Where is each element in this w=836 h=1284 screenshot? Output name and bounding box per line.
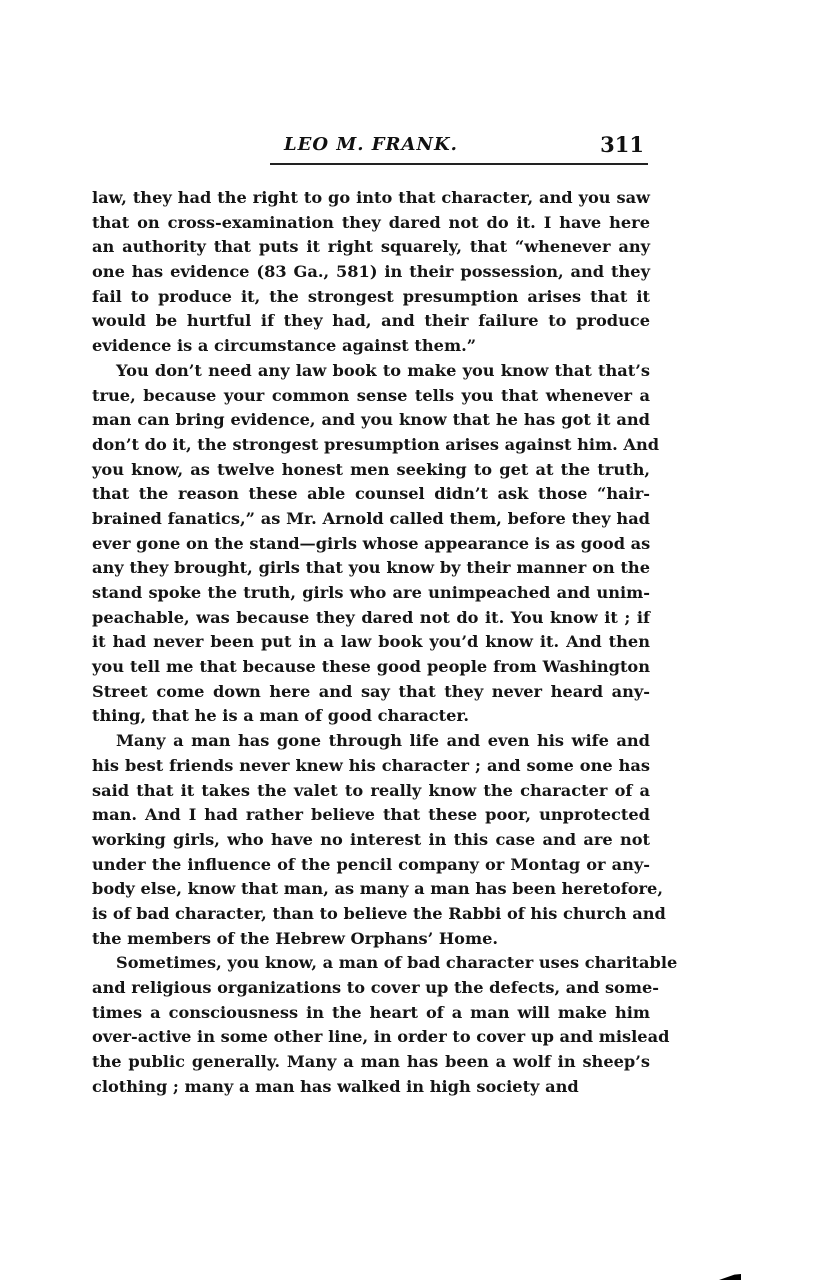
- text-line: You don’t need any law book to make you …: [92, 359, 650, 384]
- paragraph: You don’t need any law book to make you …: [92, 359, 650, 729]
- text-line: thing, that he is a man of good characte…: [92, 704, 650, 729]
- paragraph: Many a man has gone through life and eve…: [92, 729, 650, 951]
- text-line: under the influence of the pencil compan…: [92, 853, 650, 878]
- text-line: an authority that puts it right squarely…: [92, 235, 650, 260]
- text-line: any they brought, girls that you know by…: [92, 556, 650, 581]
- text-line: over-active in some other line, in order…: [92, 1025, 650, 1050]
- text-line: man can bring evidence, and you know tha…: [92, 408, 650, 433]
- text-line: that on cross-examination they dared not…: [92, 211, 650, 236]
- text-line: is of bad character, than to believe the…: [92, 902, 650, 927]
- text-line: evidence is a circumstance against them.…: [92, 334, 650, 359]
- text-line: Many a man has gone through life and eve…: [92, 729, 650, 754]
- text-line: stand spoke the truth, girls who are uni…: [92, 581, 650, 606]
- text-line: Sometimes, you know, a man of bad charac…: [92, 951, 650, 976]
- text-line: his best friends never knew his characte…: [92, 754, 650, 779]
- text-line: working girls, who have no interest in t…: [92, 828, 650, 853]
- text-line: would be hurtful if they had, and their …: [92, 309, 650, 334]
- text-line: clothing ; many a man has walked in high…: [92, 1075, 650, 1100]
- text-line: ever gone on the stand—girls whose appea…: [92, 532, 650, 557]
- text-line: said that it takes the valet to really k…: [92, 779, 650, 804]
- body-text: law, they had the right to go into that …: [92, 186, 650, 1099]
- text-line: man. And I had rather believe that these…: [92, 803, 650, 828]
- text-line: true, because your common sense tells yo…: [92, 384, 650, 409]
- text-line: peachable, was because they dared not do…: [92, 606, 650, 631]
- text-line: don’t do it, the strongest presumption a…: [92, 433, 650, 458]
- page-number: 311: [600, 132, 644, 157]
- running-head: LEO M. FRANK. 311: [92, 132, 648, 162]
- text-line: one has evidence (83 Ga., 581) in their …: [92, 260, 650, 285]
- text-line: Street come down here and say that they …: [92, 680, 650, 705]
- running-title: LEO M. FRANK.: [284, 134, 458, 155]
- text-line: you tell me that because these good peop…: [92, 655, 650, 680]
- text-line: fail to produce it, the strongest presum…: [92, 285, 650, 310]
- text-line: that the reason these able counsel didn’…: [92, 482, 650, 507]
- header-rule: [270, 163, 648, 165]
- text-line: it had never been put in a law book you’…: [92, 630, 650, 655]
- text-line: the public generally. Many a man has bee…: [92, 1050, 650, 1075]
- text-line: and religious organizations to cover up …: [92, 976, 650, 1001]
- text-line: body else, know that man, as many a man …: [92, 877, 650, 902]
- text-line: times a consciousness in the heart of a …: [92, 1001, 650, 1026]
- paragraph: law, they had the right to go into that …: [92, 186, 650, 359]
- book-page: LEO M. FRANK. 311 law, they had the righ…: [0, 0, 836, 1284]
- text-line: law, they had the right to go into that …: [92, 186, 650, 211]
- text-line: brained fanatics,” as Mr. Arnold called …: [92, 507, 650, 532]
- paragraph: Sometimes, you know, a man of bad charac…: [92, 951, 650, 1099]
- text-line: you know, as twelve honest men seeking t…: [92, 458, 650, 483]
- text-line: the members of the Hebrew Orphans’ Home.: [92, 927, 650, 952]
- scan-artifact-mark: [719, 1274, 741, 1280]
